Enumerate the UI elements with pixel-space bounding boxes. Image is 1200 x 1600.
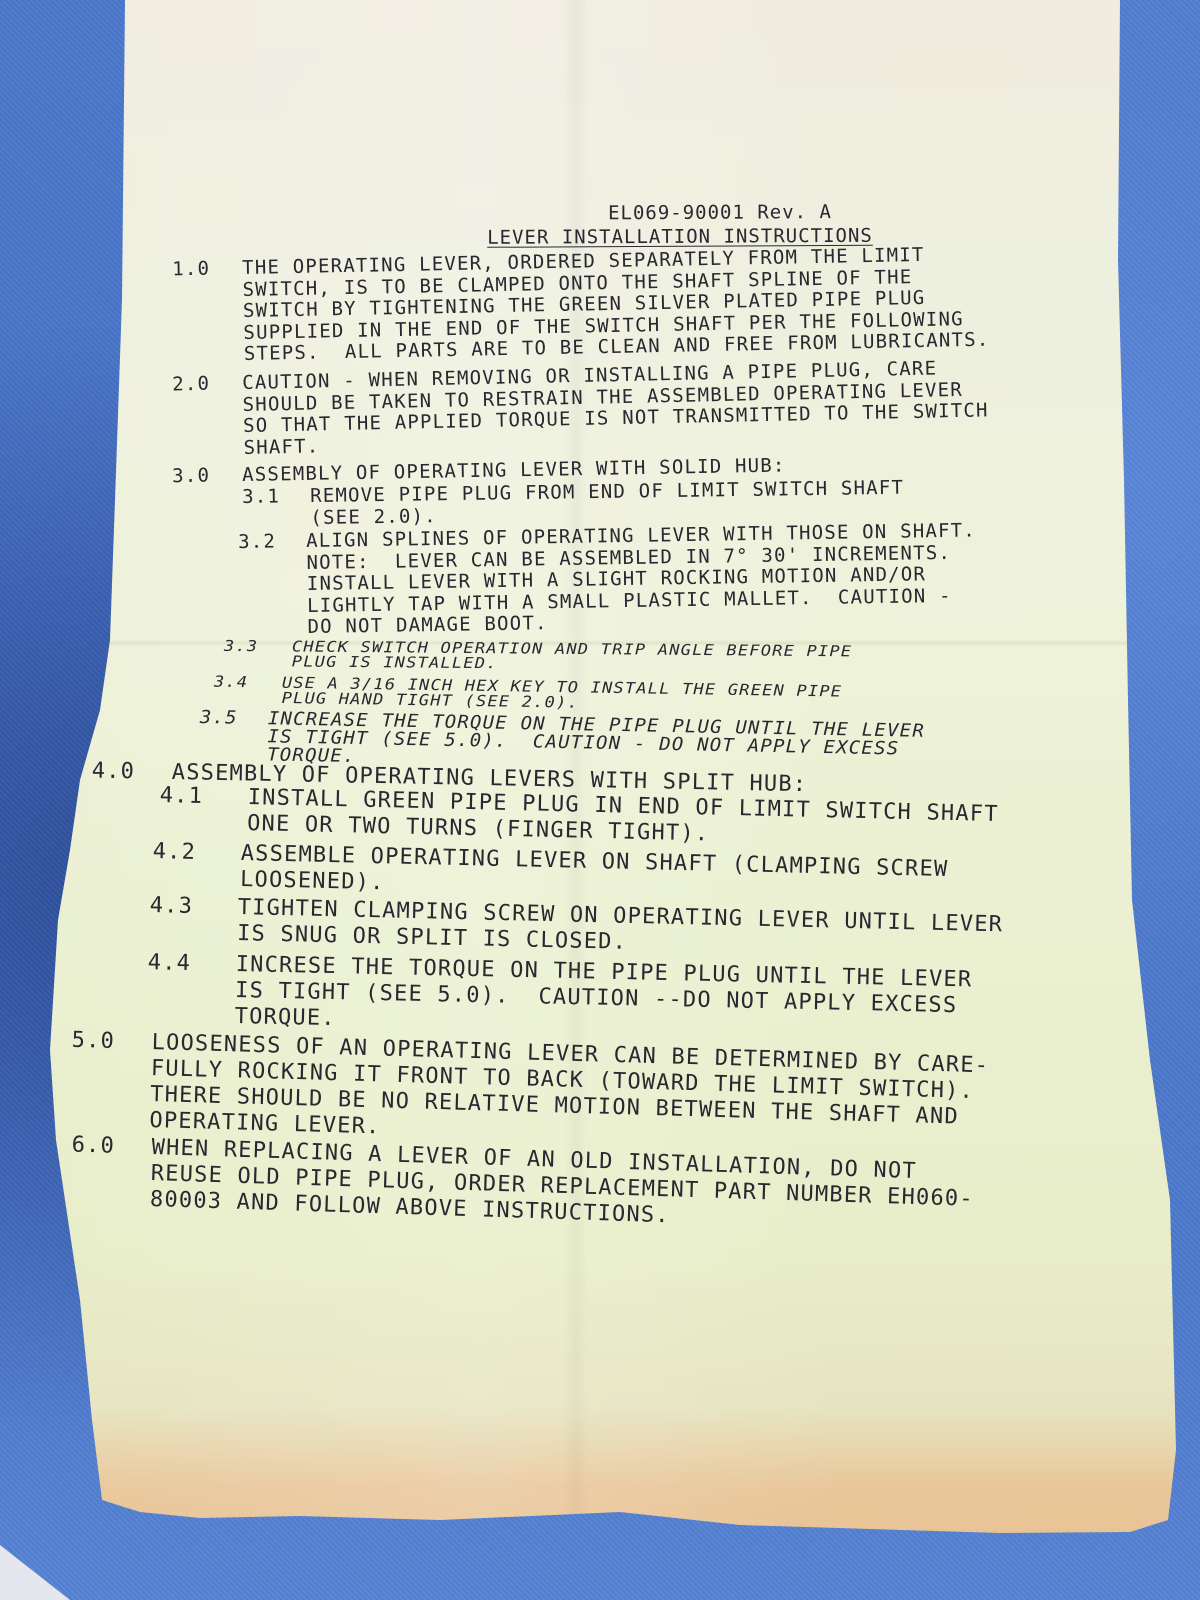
section-number: 4.1 (159, 783, 203, 810)
step-3-3: 3.3CHECK SWITCH OPERATION AND TRIP ANGLE… (292, 640, 853, 675)
section-number: 4.0 (92, 758, 136, 785)
section-number: 6.0 (71, 1132, 115, 1159)
step-4-4: 4.4INCRESE THE TORQUE ON THE PIPE PLUG U… (234, 952, 972, 1045)
step-3-2: 3.2ALIGN SPLINES OF OPERATING LEVER WITH… (306, 520, 977, 638)
section-2-0: 2.0CAUTION - WHEN REMOVING OR INSTALLING… (242, 357, 989, 459)
document-title: LEVER INSTALLATION INSTRUCTIONS (0, 223, 1200, 252)
section-number: 2.0 (172, 374, 210, 396)
section-number: 5.0 (71, 1028, 115, 1055)
section-number: 3.3 (224, 639, 258, 654)
section-number: 4.4 (147, 950, 191, 977)
section-1-0: 1.0THE OPERATING LEVER, ORDERED SEPARATE… (242, 244, 990, 366)
section-number: 1.0 (172, 259, 210, 281)
section-number: 3.0 (172, 466, 210, 488)
section-number: 3.2 (238, 531, 276, 553)
section-number: 3.4 (214, 675, 249, 691)
section-number: 3.5 (200, 709, 238, 728)
section-number: 3.1 (242, 486, 280, 508)
section-number: 4.2 (152, 839, 196, 866)
document-text: EL069-90001 Rev. A LEVER INSTALLATION IN… (0, 0, 1200, 1600)
section-number: 4.3 (149, 893, 193, 920)
